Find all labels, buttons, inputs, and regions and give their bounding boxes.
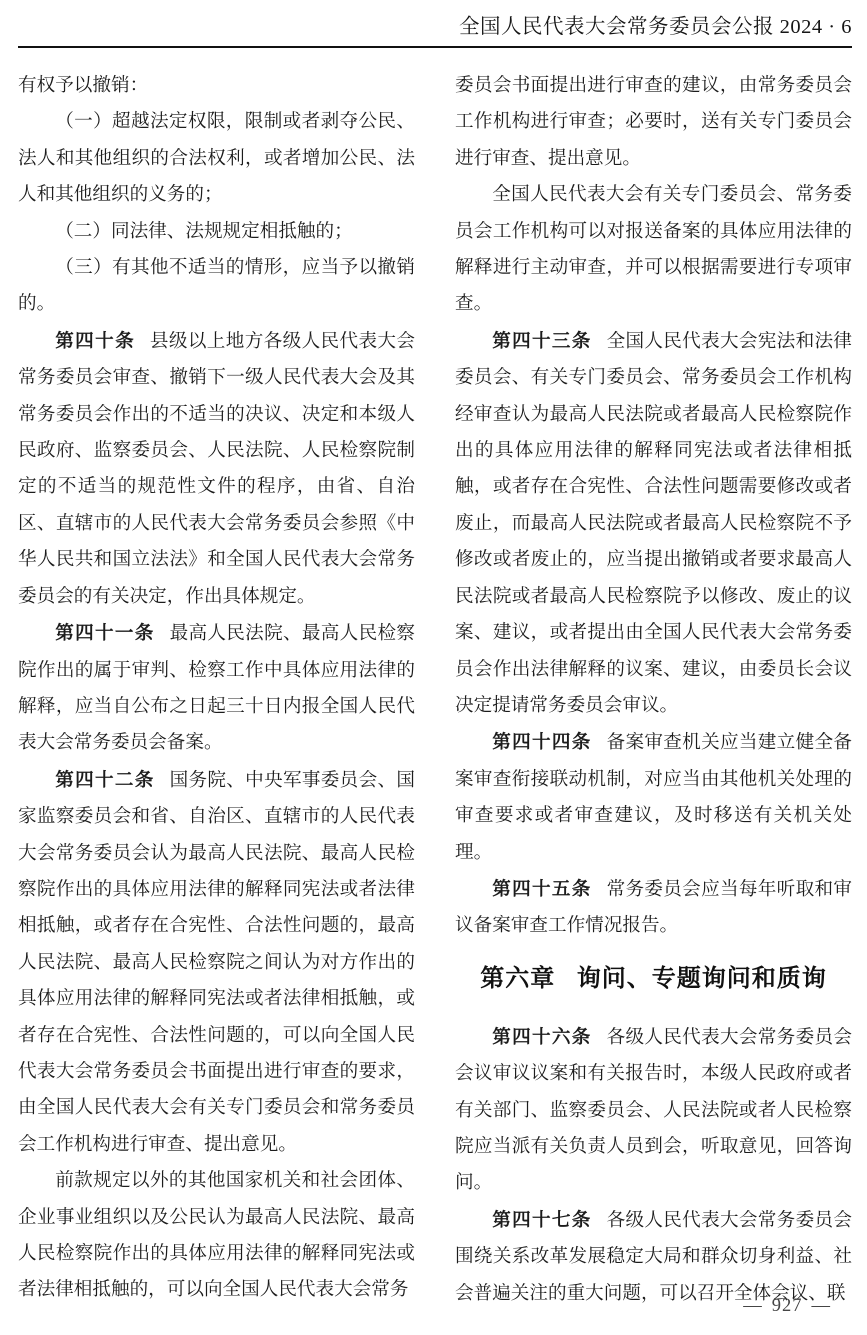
page-number-value: 927 bbox=[772, 1296, 803, 1316]
gazette-page: 全国人民代表大会常务委员会公报 2024 · 6 有权予以撤销：（一）超越法定权… bbox=[0, 0, 867, 1335]
article-number: 第四十条 bbox=[55, 330, 135, 351]
article-number: 第四十五条 bbox=[492, 878, 592, 899]
article-paragraph: 第四十二条国务院、中央军事委员会、国家监察委员会和省、自治区、直辖市的人民代表大… bbox=[18, 762, 415, 1163]
article-paragraph: 第四十三条全国人民代表大会宪法和法律委员会、有关专门委员会、常务委员会工作机构经… bbox=[455, 323, 852, 724]
page-number-dash-left: — bbox=[743, 1296, 763, 1316]
text-column-right: 委员会书面提出进行审查的建议，由常务委员会工作机构进行审查；必要时，送有关专门委… bbox=[455, 68, 852, 1316]
article-paragraph: 第四十五条常务委员会应当每年听取和审议备案审查工作情况报告。 bbox=[455, 871, 852, 945]
body-paragraph: （一）超越法定权限，限制或者剥夺公民、法人和其他组织的合法权利，或者增加公民、法… bbox=[18, 104, 415, 213]
body-paragraph: （二）同法律、法规规定相抵触的； bbox=[18, 214, 415, 250]
page-number-dash-right: — bbox=[812, 1296, 832, 1316]
article-number: 第四十二条 bbox=[55, 769, 155, 790]
article-paragraph: 第四十四条备案审查机关应当建立健全备案审查衔接联动机制，对应当由其他机关处理的审… bbox=[455, 724, 852, 871]
body-paragraph: 全国人民代表大会有关专门委员会、常务委员会工作机构可以对报送备案的具体应用法律的… bbox=[455, 177, 852, 323]
chapter-number: 第六章 bbox=[480, 965, 555, 992]
header-rule-divider bbox=[18, 46, 852, 48]
body-paragraph: 有权予以撤销： bbox=[18, 68, 415, 104]
article-number: 第四十三条 bbox=[492, 330, 592, 351]
text-column-left: 有权予以撤销：（一）超越法定权限，限制或者剥夺公民、法人和其他组织的合法权利，或… bbox=[18, 68, 415, 1316]
body-paragraph: 委员会书面提出进行审查的建议，由常务委员会工作机构进行审查；必要时，送有关专门委… bbox=[455, 68, 852, 177]
article-paragraph: 第四十条县级以上地方各级人民代表大会常务委员会审查、撤销下一级人民代表大会及其常… bbox=[18, 323, 415, 615]
two-column-body: 有权予以撤销：（一）超越法定权限，限制或者剥夺公民、法人和其他组织的合法权利，或… bbox=[0, 56, 867, 1316]
article-number: 第四十六条 bbox=[492, 1026, 592, 1047]
journal-title: 全国人民代表大会常务委员会公报 2024 · 6 bbox=[18, 15, 852, 39]
page-number: —927— bbox=[743, 1294, 831, 1318]
body-paragraph: （三）有其他不适当的情形，应当予以撤销的。 bbox=[18, 250, 415, 323]
body-paragraph: 前款规定以外的其他国家机关和社会团体、企业事业组织以及公民认为最高人民法院、最高… bbox=[18, 1163, 415, 1309]
article-number: 第四十七条 bbox=[492, 1209, 592, 1230]
chapter-title: 询问、专题询问和质询 bbox=[577, 965, 827, 992]
article-number: 第四十一条 bbox=[55, 622, 155, 643]
article-paragraph: 第四十一条最高人民法院、最高人民检察院作出的属于审判、检察工作中具体应用法律的解… bbox=[18, 615, 415, 762]
page-header: 全国人民代表大会常务委员会公报 2024 · 6 bbox=[0, 0, 867, 48]
chapter-heading: 第六章询问、专题询问和质询 bbox=[455, 961, 852, 997]
article-number: 第四十四条 bbox=[492, 731, 592, 752]
article-paragraph: 第四十六条各级人民代表大会常务委员会会议审议议案和有关报告时，本级人民政府或者有… bbox=[455, 1019, 852, 1202]
